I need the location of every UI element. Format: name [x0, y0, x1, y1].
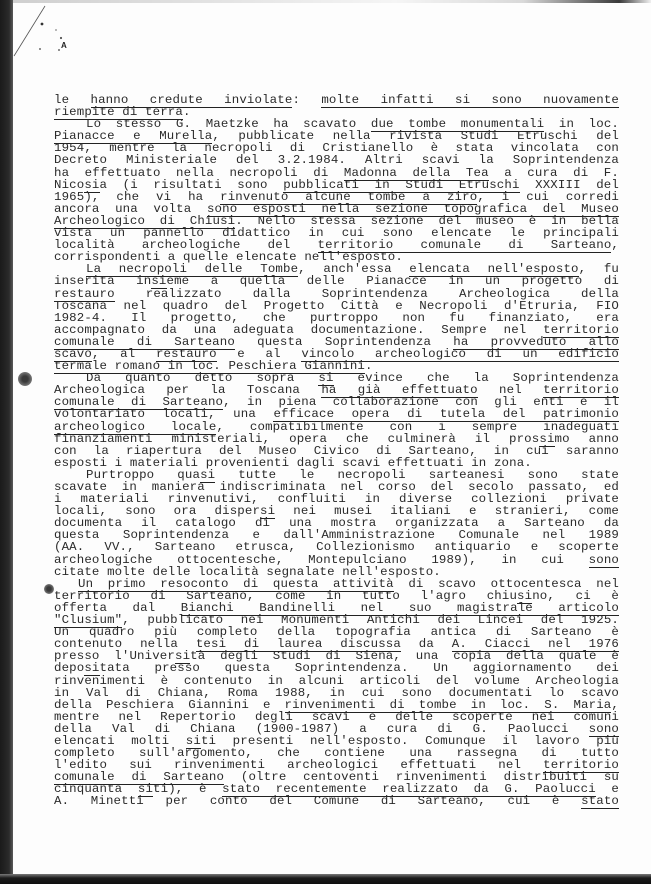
text-line: depositata presso questa Soprintendenza.…	[54, 662, 619, 674]
margin-ink-blot-icon	[18, 372, 32, 386]
text-line: con la riapertura del Museo Civico di Sa…	[54, 445, 619, 457]
text-line: Decreto Ministeriale del 3.2.1984. Altri…	[54, 154, 619, 166]
underlined-phrase: stato	[581, 794, 619, 809]
text-line: ha effettuato nella necropoli di Madonna…	[54, 167, 619, 179]
text-line: Nicosia (i risultati sono pubblicati in …	[54, 179, 619, 191]
corner-pen-mark-icon: A	[12, 4, 72, 64]
text-line: finanziamenti ministeriali, opera che cu…	[54, 433, 619, 445]
text-line: volontariato locali, una efficace opera …	[54, 408, 619, 420]
text-line: inserita insieme a quella delle Pianacce…	[54, 275, 619, 287]
text-line: Toscana nel quadro del Progetto Città e …	[54, 300, 619, 312]
scan-bottom-edge	[0, 874, 651, 884]
text-line: archeologiche ottocentesche, Montepulcia…	[54, 554, 619, 566]
margin-ink-blot-icon	[44, 584, 54, 594]
text-line: citate molte delle località segnalate ne…	[54, 566, 619, 578]
text-line: archeologico locale, compatibilmente con…	[54, 421, 619, 433]
text-line: (AA. VV., Sarteano etrusca, Collezionism…	[54, 541, 619, 553]
text-line: rinvenimenti è contenuto in alcuni artic…	[54, 675, 619, 687]
corner-letter: A	[61, 41, 67, 50]
text-line: 1982-4. Il progetto, che purtroppo non f…	[54, 312, 619, 324]
text-line: in Val di Chiana, Roma 1988, in cui sono…	[54, 687, 619, 699]
text-line: restauro realizzato dalla Soprintendenza…	[54, 288, 619, 300]
document-body: le hanno credute inviolate: molte infatt…	[54, 94, 619, 808]
text-line: della Peschiera Giannini e rinvenimenti …	[54, 699, 619, 711]
scan-left-edge	[0, 0, 13, 884]
text-line: A. Minetti per conto del Comune di Sarte…	[54, 795, 619, 807]
scan-top-edge	[13, 0, 651, 3]
